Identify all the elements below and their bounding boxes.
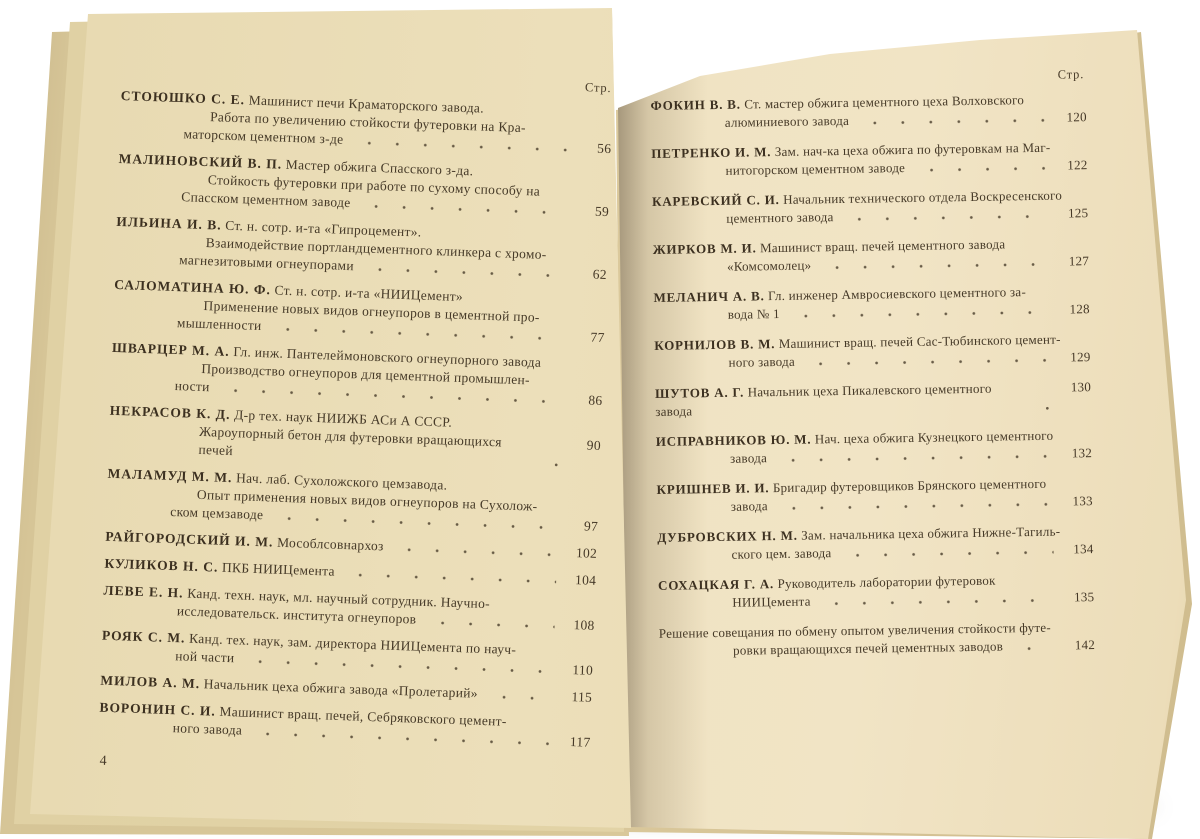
entry-text: алюминиевого завода	[725, 112, 850, 132]
entry-text: ском цемзаводе	[170, 503, 264, 524]
toc-entry: ЖИРКОВ М. И. Машинист вращ. печей цемент…	[653, 234, 1090, 277]
entry-text: ЖИРКОВ М. И. Машинист вращ. печей цемент…	[653, 236, 1006, 257]
leader-dots	[542, 457, 560, 472]
entry-author: ШВАРЦЕР М. А.	[112, 340, 230, 359]
entry-page-number: 56	[577, 139, 612, 158]
entry-author: МЕЛАНИЧ А. В.	[653, 288, 764, 305]
entry-author: КУЛИКОВ Н. С.	[104, 556, 218, 575]
entry-page-number: 117	[556, 733, 591, 752]
entry-page-number: 115	[558, 688, 593, 707]
entry-page-number: 102	[563, 544, 598, 563]
toc-entry: ИЛЬИНА И. В. Ст. н. сотр. и-та «Гипроцем…	[115, 213, 609, 284]
entry-page-number: 135	[1060, 588, 1094, 607]
entry-text: цементного завода	[726, 208, 834, 228]
entry-page-number: 130	[1057, 378, 1091, 397]
entry-author: СТОЮШКО С. Е.	[121, 88, 246, 107]
toc-entry: СТОЮШКО С. Е. Машинист печи Краматорског…	[119, 87, 613, 158]
leader-dots	[428, 615, 555, 633]
toc-entry: ШУТОВ А. Г. Начальник цеха Пикалевского …	[655, 378, 1092, 421]
toc-entry: ЛЕВЕ Е. Н. Канд. техн. наук, мл. научный…	[103, 582, 596, 635]
leader-dots	[807, 353, 1051, 371]
leader-dots	[823, 593, 1055, 611]
entry-text: ного завода	[728, 353, 795, 372]
toc-entry: ВОРОНИН С. И. Машинист вращ. печей, Себр…	[99, 699, 592, 752]
entry-author: ВОРОНИН С. И.	[99, 700, 216, 719]
entry-author: МАЛАМУД М. М.	[107, 466, 232, 485]
entry-text: ШУТОВ А. Г. Начальник цеха Пикалевского …	[655, 379, 1022, 421]
entry-author: ДУБРОВСКИХ Н. М.	[657, 528, 798, 545]
entry-page-number: 127	[1055, 252, 1089, 271]
toc-entry: САЛОМАТИНА Ю. Ф. Ст. н. сотр. и-та «НИИЦ…	[113, 276, 607, 347]
leader-dots	[917, 161, 1048, 177]
entry-author: ИСПРАВНИКОВ Ю. М.	[656, 432, 812, 449]
entry-text: ности	[174, 377, 210, 396]
toc-entry: ФОКИН В. В. Ст. мастер обжига цементного…	[650, 90, 1087, 133]
entry-text: НИИЦемента	[732, 593, 811, 612]
left-page-content: Стр. СТОЮШКО С. Е. Машинист печи Крамато…	[97, 62, 613, 788]
leader-dots	[347, 567, 557, 588]
entry-page-number: 120	[1053, 108, 1087, 127]
right-page-content: Стр. ФОКИН В. В. Ст. мастер обжига цемен…	[650, 65, 1095, 673]
entry-author: КРИШНЕВ И. И.	[656, 480, 769, 497]
entry-page-number: 129	[1056, 348, 1090, 367]
entry-page-number: 125	[1054, 204, 1088, 223]
toc-entry: Решение совещания по обмену опытом увели…	[659, 618, 1096, 661]
toc-entry: СОХАЦКАЯ Г. А. Руководитель лаборатории …	[658, 570, 1095, 613]
entry-text: СОХАЦКАЯ Г. А. Руководитель лаборатории …	[658, 573, 996, 593]
entry-author: СОХАЦКАЯ Г. А.	[658, 576, 774, 593]
entry-text: ского цем. завода	[731, 544, 831, 564]
entry-page-number: 77	[570, 328, 605, 347]
entry-page-number: 142	[1061, 636, 1095, 655]
entry-page-number: 90	[567, 436, 602, 455]
toc-entry: КОРНИЛОВ В. М. Машинист вращ. печей Сас-…	[654, 330, 1091, 373]
entry-author: РАЙГОРОДСКИЙ И. М.	[105, 529, 274, 550]
toc-entry: МАЛИНОВСКИЙ В. П. Мастер обжига Спасског…	[117, 150, 611, 221]
toc-entry: РОЯК С. М. Канд. тех. наук, зам. директо…	[101, 627, 594, 680]
entry-author: КОРНИЛОВ В. М.	[654, 336, 775, 353]
entry-author: МАЛИНОВСКИЙ В. П.	[118, 151, 282, 172]
toc-entries-right: ФОКИН В. В. Ст. мастер обжига цементного…	[650, 90, 1095, 661]
page-column-header: Стр.	[650, 65, 1086, 90]
toc-entry: МАЛАМУД М. М. Нач. лаб. Сухоложского цем…	[106, 465, 600, 536]
leader-dots	[362, 198, 569, 219]
entry-author: ЖИРКОВ М. И.	[653, 240, 757, 257]
leader-dots	[861, 113, 1047, 130]
entry-text: ровки вращающихся печей цементных заводо…	[733, 638, 1003, 660]
entry-author: КАРЕВСКИЙ С. И.	[652, 192, 780, 209]
leader-dots	[1015, 641, 1055, 656]
entry-author: НЕКРАСОВ К. Д.	[110, 403, 231, 422]
leader-dots	[823, 257, 1049, 275]
leader-dots	[846, 209, 1049, 226]
entry-author: РОЯК С. М.	[102, 628, 186, 646]
leader-dots	[780, 497, 1053, 515]
leader-dots	[1033, 401, 1051, 415]
entry-page-number: 86	[568, 391, 603, 410]
toc-entry: ДУБРОВСКИХ Н. М. Зам. начальника цеха об…	[657, 522, 1094, 565]
toc-entry: ИСПРАВНИКОВ Ю. М. Нач. цеха обжига Кузне…	[656, 426, 1093, 469]
entry-author: ЛЕВЕ Е. Н.	[103, 583, 184, 601]
entry-text: мышленности	[177, 314, 262, 335]
entry-author: ИЛЬИНА И. В.	[116, 214, 222, 233]
entry-page-number: 122	[1053, 156, 1087, 175]
toc-entry: МЕЛАНИЧ А. В. Гл. инженер Амвросиевского…	[653, 282, 1090, 325]
entry-text: завода	[731, 497, 768, 516]
entry-page-number: 110	[559, 661, 594, 680]
entry-text: ной части	[175, 647, 235, 667]
toc-entry: НЕКРАСОВ К. Д. Д-р тех. наук НИИЖБ АСи А…	[108, 402, 602, 473]
book-photo: Стр. СТОЮШКО С. Е. Машинист печи Крамато…	[0, 0, 1200, 839]
entry-page-number: 59	[575, 202, 610, 221]
entry-text: ФОКИН В. В. Ст. мастер обжига цементного…	[650, 92, 1024, 113]
toc-entry: ШВАРЦЕР М. А. Гл. инж. Пантелеймоновског…	[110, 339, 604, 410]
entry-text: нитогорском цементном заводе	[725, 159, 905, 180]
entry-author: ПЕТРЕНКО И. М.	[651, 144, 771, 161]
entry-author: МИЛОВ А. М.	[100, 673, 200, 691]
entry-text: ного завода	[172, 719, 242, 739]
entry-heading-line: ШУТОВ А. Г. Начальник цеха Пикалевского …	[655, 378, 1092, 421]
entry-page-number: 128	[1056, 300, 1090, 319]
entry-text: «Комсомолец»	[727, 256, 812, 275]
leader-dots	[792, 305, 1050, 323]
leader-dots	[489, 689, 552, 705]
entry-page-number: 132	[1058, 444, 1092, 463]
leader-dots	[355, 135, 571, 157]
entry-author: САЛОМАТИНА Ю. Ф.	[114, 277, 271, 297]
entry-page-number: 108	[560, 616, 595, 635]
toc-entry: ПЕТРЕНКО И. М. Зам. нач-ка цеха обжига п…	[651, 138, 1088, 181]
entry-page-number: 133	[1059, 492, 1093, 511]
entry-author: ФОКИН В. В.	[650, 97, 740, 113]
entry-text: завода	[730, 449, 767, 468]
entry-page-number: 97	[564, 517, 599, 536]
toc-entry: КРИШНЕВ И. И. Бригадир футеровщиков Брян…	[656, 474, 1093, 517]
leader-dots	[843, 545, 1053, 562]
leader-dots	[779, 449, 1052, 467]
toc-entry: КАРЕВСКИЙ С. И. Начальник технического о…	[652, 186, 1089, 229]
entry-page-number: 134	[1059, 540, 1093, 559]
entry-page-number: 62	[573, 265, 608, 284]
entry-text: МИЛОВ А. М. Начальник цеха обжига завода…	[100, 672, 478, 703]
leader-dots	[366, 262, 567, 283]
entry-text: МЕЛАНИЧ А. В. Гл. инженер Амвросиевского…	[653, 284, 1026, 305]
entry-author: ШУТОВ А. Г.	[655, 385, 744, 401]
entry-text: КУЛИКОВ Н. С. ПКБ НИИЦемента	[104, 555, 335, 581]
entry-text: вода № 1	[728, 305, 780, 324]
entry-page-number: 104	[562, 571, 597, 590]
leader-dots	[395, 542, 557, 562]
entry-text: РАЙГОРОДСКИЙ И. М. Мособлсовнархоз	[105, 528, 384, 556]
toc-entries-left: СТОЮШКО С. Е. Машинист печи Краматорског…	[99, 87, 613, 752]
